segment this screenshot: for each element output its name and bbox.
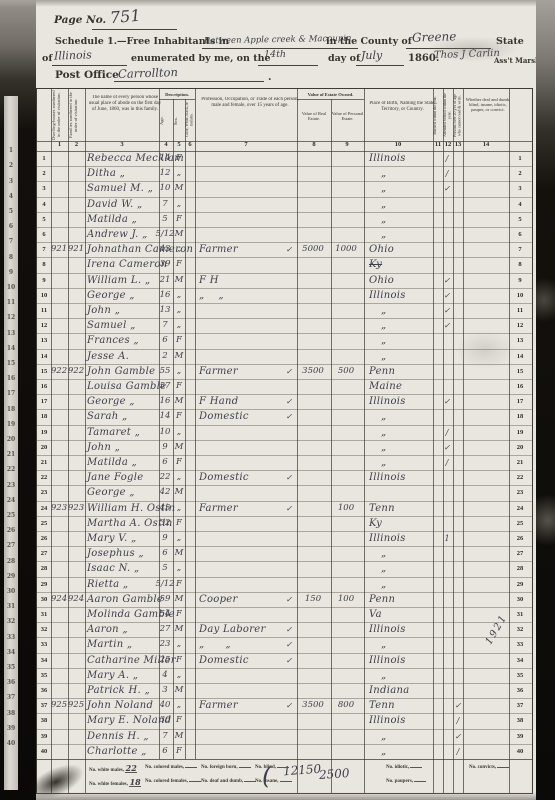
row-number-left: 17 [37, 394, 51, 409]
margin-row-number: 2 [4, 162, 18, 169]
age: 7 [155, 197, 175, 212]
name: Samuel „ [87, 318, 136, 333]
row-number-left: 28 [37, 561, 51, 576]
age: 55 [155, 364, 175, 379]
month-line [356, 64, 404, 66]
column-number: 1 [52, 141, 68, 151]
row-number-right: 9 [509, 273, 531, 288]
column-header-12: Attended School within the year. [443, 91, 453, 140]
sex: F [173, 257, 185, 272]
name: John „ [87, 303, 120, 318]
occupation: Domestic [199, 409, 249, 424]
age: 9 [155, 440, 175, 455]
row-number-left: 6 [37, 227, 51, 242]
column-line [509, 89, 510, 793]
name: Isaac N. „ [87, 561, 139, 576]
sex: F [173, 744, 185, 759]
row-number-left: 32 [37, 622, 51, 637]
birthplace: „ [381, 303, 386, 318]
name: William L. „ [87, 273, 150, 288]
personal-estate-value: 100 [329, 501, 363, 516]
row-number-left: 12 [37, 318, 51, 333]
margin-row-number: 26 [4, 527, 18, 534]
state-word: State [496, 36, 524, 47]
name: George „ [87, 394, 135, 409]
row-number-left: 21 [37, 455, 51, 470]
sex: M [173, 485, 185, 500]
table-row: 3232Aaron „27MDay Laborer✓Illinois [37, 622, 532, 638]
table-row: 1515922922John Gamble55„Farmer✓3500500Pe… [37, 364, 532, 380]
row-number-right: 5 [509, 212, 531, 227]
row-number-left: 5 [37, 212, 51, 227]
post-office-line [114, 80, 264, 82]
column-header-3: The name of every person whose usual pla… [85, 95, 165, 139]
age: 32 [155, 516, 175, 531]
occupation-check: ✓ [283, 364, 295, 379]
sex: „ [173, 561, 185, 576]
margin-row-number: 28 [4, 558, 18, 565]
sex: F [173, 333, 185, 348]
occupation-check: ✓ [283, 242, 295, 257]
margin-row-number: 30 [4, 588, 18, 595]
age: 5 [155, 212, 175, 227]
margin-row-number: 13 [4, 330, 18, 337]
birthplace: „ [381, 577, 386, 592]
table-row: 66Andrew J. „5/12M„ [37, 227, 532, 243]
sex: „ [173, 501, 185, 516]
occupation-check: ✓ [283, 394, 295, 409]
birthplace: Illinois [369, 622, 406, 637]
family-number: 924 [66, 592, 86, 607]
state-value: Illinois [54, 48, 92, 62]
real-estate-value: 5000 [295, 242, 331, 257]
tally-value [280, 781, 292, 782]
row-number-right: 25 [509, 516, 531, 531]
row-number-left: 34 [37, 653, 51, 668]
name: Patrick H. „ [87, 683, 150, 698]
margin-row-number: 24 [4, 497, 18, 504]
margin-row-number: 33 [4, 634, 18, 641]
tally-item: No. deaf and dumb, [201, 779, 256, 784]
margin-row-number: 15 [4, 360, 18, 367]
occupation: F Hand [199, 394, 238, 409]
age: 5/12 [155, 227, 175, 242]
margin-row-number: 25 [4, 512, 18, 519]
real-estate-value: 3500 [295, 364, 331, 379]
name: Samuel M. „ [87, 181, 153, 196]
column-line [453, 89, 454, 793]
margin-row-number: 19 [4, 421, 18, 428]
day-value: 14th [264, 49, 286, 60]
table-row: 99William L. „21MF HOhio✓ [37, 273, 532, 289]
column-header-6: Color, White, black, or mulatto. [185, 100, 195, 140]
table-row: 1919Tamaret „10„„/ [37, 425, 532, 441]
column-number: 3 [114, 141, 130, 151]
birthplace: „ [381, 637, 386, 652]
sex: „ [173, 242, 185, 257]
row-number-left: 39 [37, 729, 51, 744]
table-row: 55Matilda „5F„ [37, 212, 532, 228]
birthplace: „ [381, 409, 386, 424]
name: Martin „ [87, 637, 132, 652]
sex: „ [173, 166, 185, 181]
post-office-period: . [268, 72, 271, 83]
birthplace: Maine [369, 379, 402, 394]
table-row: 2929Rietta „5/12F„ [37, 577, 532, 593]
margin-row-number: 23 [4, 482, 18, 489]
row-number-right: 29 [509, 577, 531, 592]
occupation: Farmer [199, 242, 238, 257]
occupation: Farmer [199, 364, 238, 379]
tally-value [410, 767, 422, 768]
marshal-name: Thos J Carlin [434, 48, 500, 61]
sex: F [173, 607, 185, 622]
margin-row-number: 8 [4, 254, 18, 261]
occupation: Domestic [199, 470, 249, 485]
birthplace: Ky [369, 257, 382, 272]
table-row: 2828Isaac N. „5„„ [37, 561, 532, 577]
name: Frances „ [87, 333, 139, 348]
age: 13 [155, 303, 175, 318]
sex: „ [173, 318, 185, 333]
table-row: 3737925925John Noland40„Farmer✓3500800Te… [37, 698, 532, 714]
sex: F [173, 151, 185, 166]
real-estate-value: 150 [295, 592, 331, 607]
age: 3 [155, 683, 175, 698]
sex: „ [173, 303, 185, 318]
row-number-left: 19 [37, 425, 51, 440]
row-number-left: 1 [37, 151, 51, 166]
column-header-4: Age. [159, 101, 173, 141]
birthplace: Illinois [369, 470, 406, 485]
state-line [52, 64, 127, 66]
row-number-right: 10 [509, 288, 531, 303]
sex: „ [173, 288, 185, 303]
column-header-2: Families numbered in the order of visita… [68, 90, 85, 140]
table-row: 3131Molinda Gamble54FVa [37, 607, 532, 623]
table-row: 1010George „16„„ „Illinois✓ [37, 288, 532, 304]
family-number: 921 [66, 242, 86, 257]
left-margin-number-strip: 1234567891011121314151617181920212223242… [4, 96, 18, 790]
day-of-label: day of [328, 53, 360, 64]
birthplace: „ [381, 729, 386, 744]
sex: „ [173, 425, 185, 440]
county-label: in the County of [326, 36, 412, 47]
margin-row-number: 32 [4, 618, 18, 625]
age: 25 [155, 653, 175, 668]
column-line [185, 99, 186, 759]
table-row: 2121Matilda „6F„/ [37, 455, 532, 471]
bottom-scan-shadow [36, 792, 536, 800]
occupation: Farmer [199, 501, 238, 516]
table-row: 2020John „9M„✓ [37, 440, 532, 456]
table-row: 2727Josephus „6M„ [37, 546, 532, 562]
column-header-11: Married within the year. [433, 91, 443, 140]
row-number-right: 36 [509, 683, 531, 698]
row-number-right: 8 [509, 257, 531, 272]
enumerated-label: enumerated by me, on the [131, 53, 271, 64]
birthplace: Penn [369, 364, 395, 379]
occupation: „ „ [199, 288, 224, 303]
age: 2 [155, 349, 175, 364]
family-number: 923 [66, 501, 86, 516]
birthplace: Va [369, 607, 382, 622]
row-number-right: 7 [509, 242, 531, 257]
row-number-right: 32 [509, 622, 531, 637]
tally-value [277, 767, 289, 768]
birthplace: Ohio [369, 242, 394, 257]
name: Matilda „ [87, 455, 137, 470]
pen-flourish: ( [262, 762, 271, 790]
page-no-line [92, 28, 177, 30]
table-row: 3434Catharine Miller25FDomestic✓Illinois [37, 653, 532, 669]
right-scan-edge [536, 0, 555, 800]
row-number-right: 37 [509, 698, 531, 713]
sex: M [173, 592, 185, 607]
form-header: Page No. 751 Schedule 1.—Free Inhabitant… [36, 0, 536, 88]
table-row: 2222Jane Fogle22„Domestic✓Illinois [37, 470, 532, 486]
row-number-left: 11 [37, 303, 51, 318]
sex: M [173, 729, 185, 744]
sex: F [173, 577, 185, 592]
table-row: 3030924924Aaron Gamble59MCooper✓150100Pe… [37, 592, 532, 608]
row-number-left: 14 [37, 349, 51, 364]
sex: M [173, 181, 185, 196]
age: 16 [155, 288, 175, 303]
table-row: 3636Patrick H. „3MIndiana [37, 683, 532, 699]
sex: M [173, 394, 185, 409]
name: Jesse A. [87, 349, 129, 364]
margin-row-number: 12 [4, 314, 18, 321]
column-header-1: Dwelling-houses numbered in the order of… [51, 90, 68, 140]
table-row: 22Ditha „12„„/ [37, 166, 532, 182]
row-number-right: 27 [509, 546, 531, 561]
name: Dennis H. „ [87, 729, 149, 744]
occupation: Cooper [199, 592, 238, 607]
margin-row-number: 38 [4, 710, 18, 717]
row-number-right: 30 [509, 592, 531, 607]
age: 40 [155, 698, 175, 713]
row-number-left: 31 [37, 607, 51, 622]
name: Ditha „ [87, 166, 125, 181]
column-header-9: Value of Personal Estate. [331, 111, 364, 139]
occupation-check: ✓ [283, 409, 295, 424]
occupation-check: ✓ [283, 698, 295, 713]
occupation-check: ✓ [283, 501, 295, 516]
row-number-left: 29 [37, 577, 51, 592]
row-number-right: 26 [509, 531, 531, 546]
table-row: 1818Sarah „14FDomestic✓„ [37, 409, 532, 425]
table-row: 2424923923William H. Ostin45„Farmer✓100T… [37, 501, 532, 517]
row-number-left: 10 [37, 288, 51, 303]
tally-value [239, 767, 251, 768]
age: 12 [155, 166, 175, 181]
row-number-right: 31 [509, 607, 531, 622]
column-line [443, 89, 444, 793]
day-line [258, 64, 318, 66]
name: Josephus „ [87, 546, 144, 561]
name: Rietta „ [87, 577, 128, 592]
page-no-value: 751 [109, 6, 141, 28]
column-line [195, 89, 196, 759]
post-office-value: Carrollton [118, 65, 178, 81]
age: 57 [155, 379, 175, 394]
birthplace: „ [381, 455, 386, 470]
column-number: 8 [306, 141, 322, 151]
county-value: Greene [412, 29, 457, 45]
row-number-right: 1 [509, 151, 531, 166]
margin-row-number: 6 [4, 223, 18, 230]
row-number-left: 27 [37, 546, 51, 561]
table-footer: 12150 2500 No. white males, 22No. colore… [37, 759, 532, 792]
tally-item: No. blind, [255, 765, 289, 770]
age: 27 [155, 622, 175, 637]
tally-label: No. white males, [89, 768, 125, 773]
sex: „ [173, 364, 185, 379]
margin-row-number: 10 [4, 284, 18, 291]
birthplace: Illinois [369, 394, 406, 409]
age: 6 [155, 744, 175, 759]
row-number-left: 22 [37, 470, 51, 485]
birthplace: „ [381, 166, 386, 181]
column-line [331, 99, 332, 793]
name: George „ [87, 288, 135, 303]
row-number-left: 2 [37, 166, 51, 181]
sex: „ [173, 637, 185, 652]
birthplace: Tenn [369, 501, 395, 516]
age: 16 [155, 394, 175, 409]
tally-label: No. convicts, [469, 765, 497, 770]
birthplace: Illinois [369, 531, 406, 546]
age: 14 [155, 409, 175, 424]
table-row: 3535Mary A. „4„„ [37, 668, 532, 684]
age: 10 [155, 425, 175, 440]
tally-item: No. foreign born, [201, 765, 251, 770]
age: 5 [155, 561, 175, 576]
margin-row-number: 16 [4, 375, 18, 382]
column-number: 2 [69, 141, 85, 151]
row-number-right: 33 [509, 637, 531, 652]
column-header-5: Sex. [173, 101, 185, 141]
column-number: 9 [339, 141, 355, 151]
tally-value [414, 781, 426, 782]
birthplace: „ [381, 181, 386, 196]
birthplace: „ [381, 349, 386, 364]
tally-value: 22 [125, 765, 137, 773]
margin-row-number: 5 [4, 208, 18, 215]
occupation: F H [199, 273, 219, 288]
age: 22 [155, 470, 175, 485]
table-row: 3939Dennis H. „7M„✓ [37, 729, 532, 745]
age: 6 [155, 546, 175, 561]
row-number-right: 39 [509, 729, 531, 744]
column-number: 7 [238, 141, 254, 151]
margin-row-number: 7 [4, 238, 18, 245]
row-number-right: 22 [509, 470, 531, 485]
column-line [159, 89, 160, 759]
age: 30 [155, 713, 175, 728]
tally-label: No. white females, [89, 782, 129, 787]
row-number-left: 38 [37, 713, 51, 728]
row-number-right: 15 [509, 364, 531, 379]
margin-row-number: 36 [4, 679, 18, 686]
tally-value [189, 781, 201, 782]
column-line [463, 89, 464, 793]
sex: F [173, 455, 185, 470]
table-row: 1111John „13„„✓ [37, 303, 532, 319]
age: 10 [155, 181, 175, 196]
occupation: Farmer [199, 698, 238, 713]
margin-row-number: 17 [4, 390, 18, 397]
tally-item: No. convicts, [469, 765, 509, 770]
sex: F [173, 379, 185, 394]
sex: M [173, 622, 185, 637]
occupation-check: ✓ [283, 653, 295, 668]
column-header-14: Whether deaf and dumb, blind, insane, id… [463, 97, 513, 139]
margin-row-number: 29 [4, 573, 18, 580]
tally-value [497, 767, 509, 768]
row-number-left: 20 [37, 440, 51, 455]
column-number: 13 [450, 141, 466, 151]
personal-estate-value: 500 [329, 364, 363, 379]
row-number-right: 38 [509, 713, 531, 728]
sex: M [173, 273, 185, 288]
row-number-right: 18 [509, 409, 531, 424]
occupation-check: ✓ [283, 470, 295, 485]
tally-item: No. paupers, [386, 779, 426, 784]
age: 21 [155, 273, 175, 288]
age: 42 [155, 485, 175, 500]
row-number-left: 40 [37, 744, 51, 759]
name: Andrew J. „ [87, 227, 148, 242]
column-header-10: Place of Birth, Naming the State, Territ… [364, 101, 441, 139]
birthplace: „ [381, 333, 386, 348]
table-row: 3333Martin „23„„ „✓„ [37, 637, 532, 653]
tally-value [185, 767, 197, 768]
occupation: Day Laborer [199, 622, 266, 637]
name: Aaron Gamble [87, 592, 163, 607]
post-office-label: Post Office [55, 69, 119, 81]
tally-item: No. white males, 22 [89, 765, 137, 773]
margin-row-number: 9 [4, 269, 18, 276]
margin-row-number: 27 [4, 542, 18, 549]
name: Charlotte „ [87, 744, 147, 759]
age: 7 [155, 729, 175, 744]
sex: „ [173, 668, 185, 683]
sex: „ [173, 197, 185, 212]
table-row: 1414Jesse A.2M„ [37, 349, 532, 365]
row-number-right: 12 [509, 318, 531, 333]
column-number: 10 [390, 141, 406, 151]
name: David W. „ [87, 197, 142, 212]
table-row: 2323George „42M [37, 485, 532, 501]
name: Aaron „ [87, 622, 128, 637]
column-line [51, 89, 52, 793]
occupation-check: ✓ [283, 637, 295, 652]
margin-row-number: 4 [4, 193, 18, 200]
occupation-check: ✓ [283, 622, 295, 637]
tally-item: No. colored females, [145, 779, 201, 784]
birthplace: „ [381, 744, 386, 759]
sex: M [173, 349, 185, 364]
table-row: 2626Mary V. „9„Illinois1 [37, 531, 532, 547]
tally-label: No. colored males, [145, 765, 185, 770]
column-number: 14 [478, 141, 494, 151]
tally-label: No. deaf and dumb, [201, 779, 244, 784]
sex: M [173, 546, 185, 561]
name: John Gamble [87, 364, 155, 379]
name: Matilda „ [87, 212, 137, 227]
